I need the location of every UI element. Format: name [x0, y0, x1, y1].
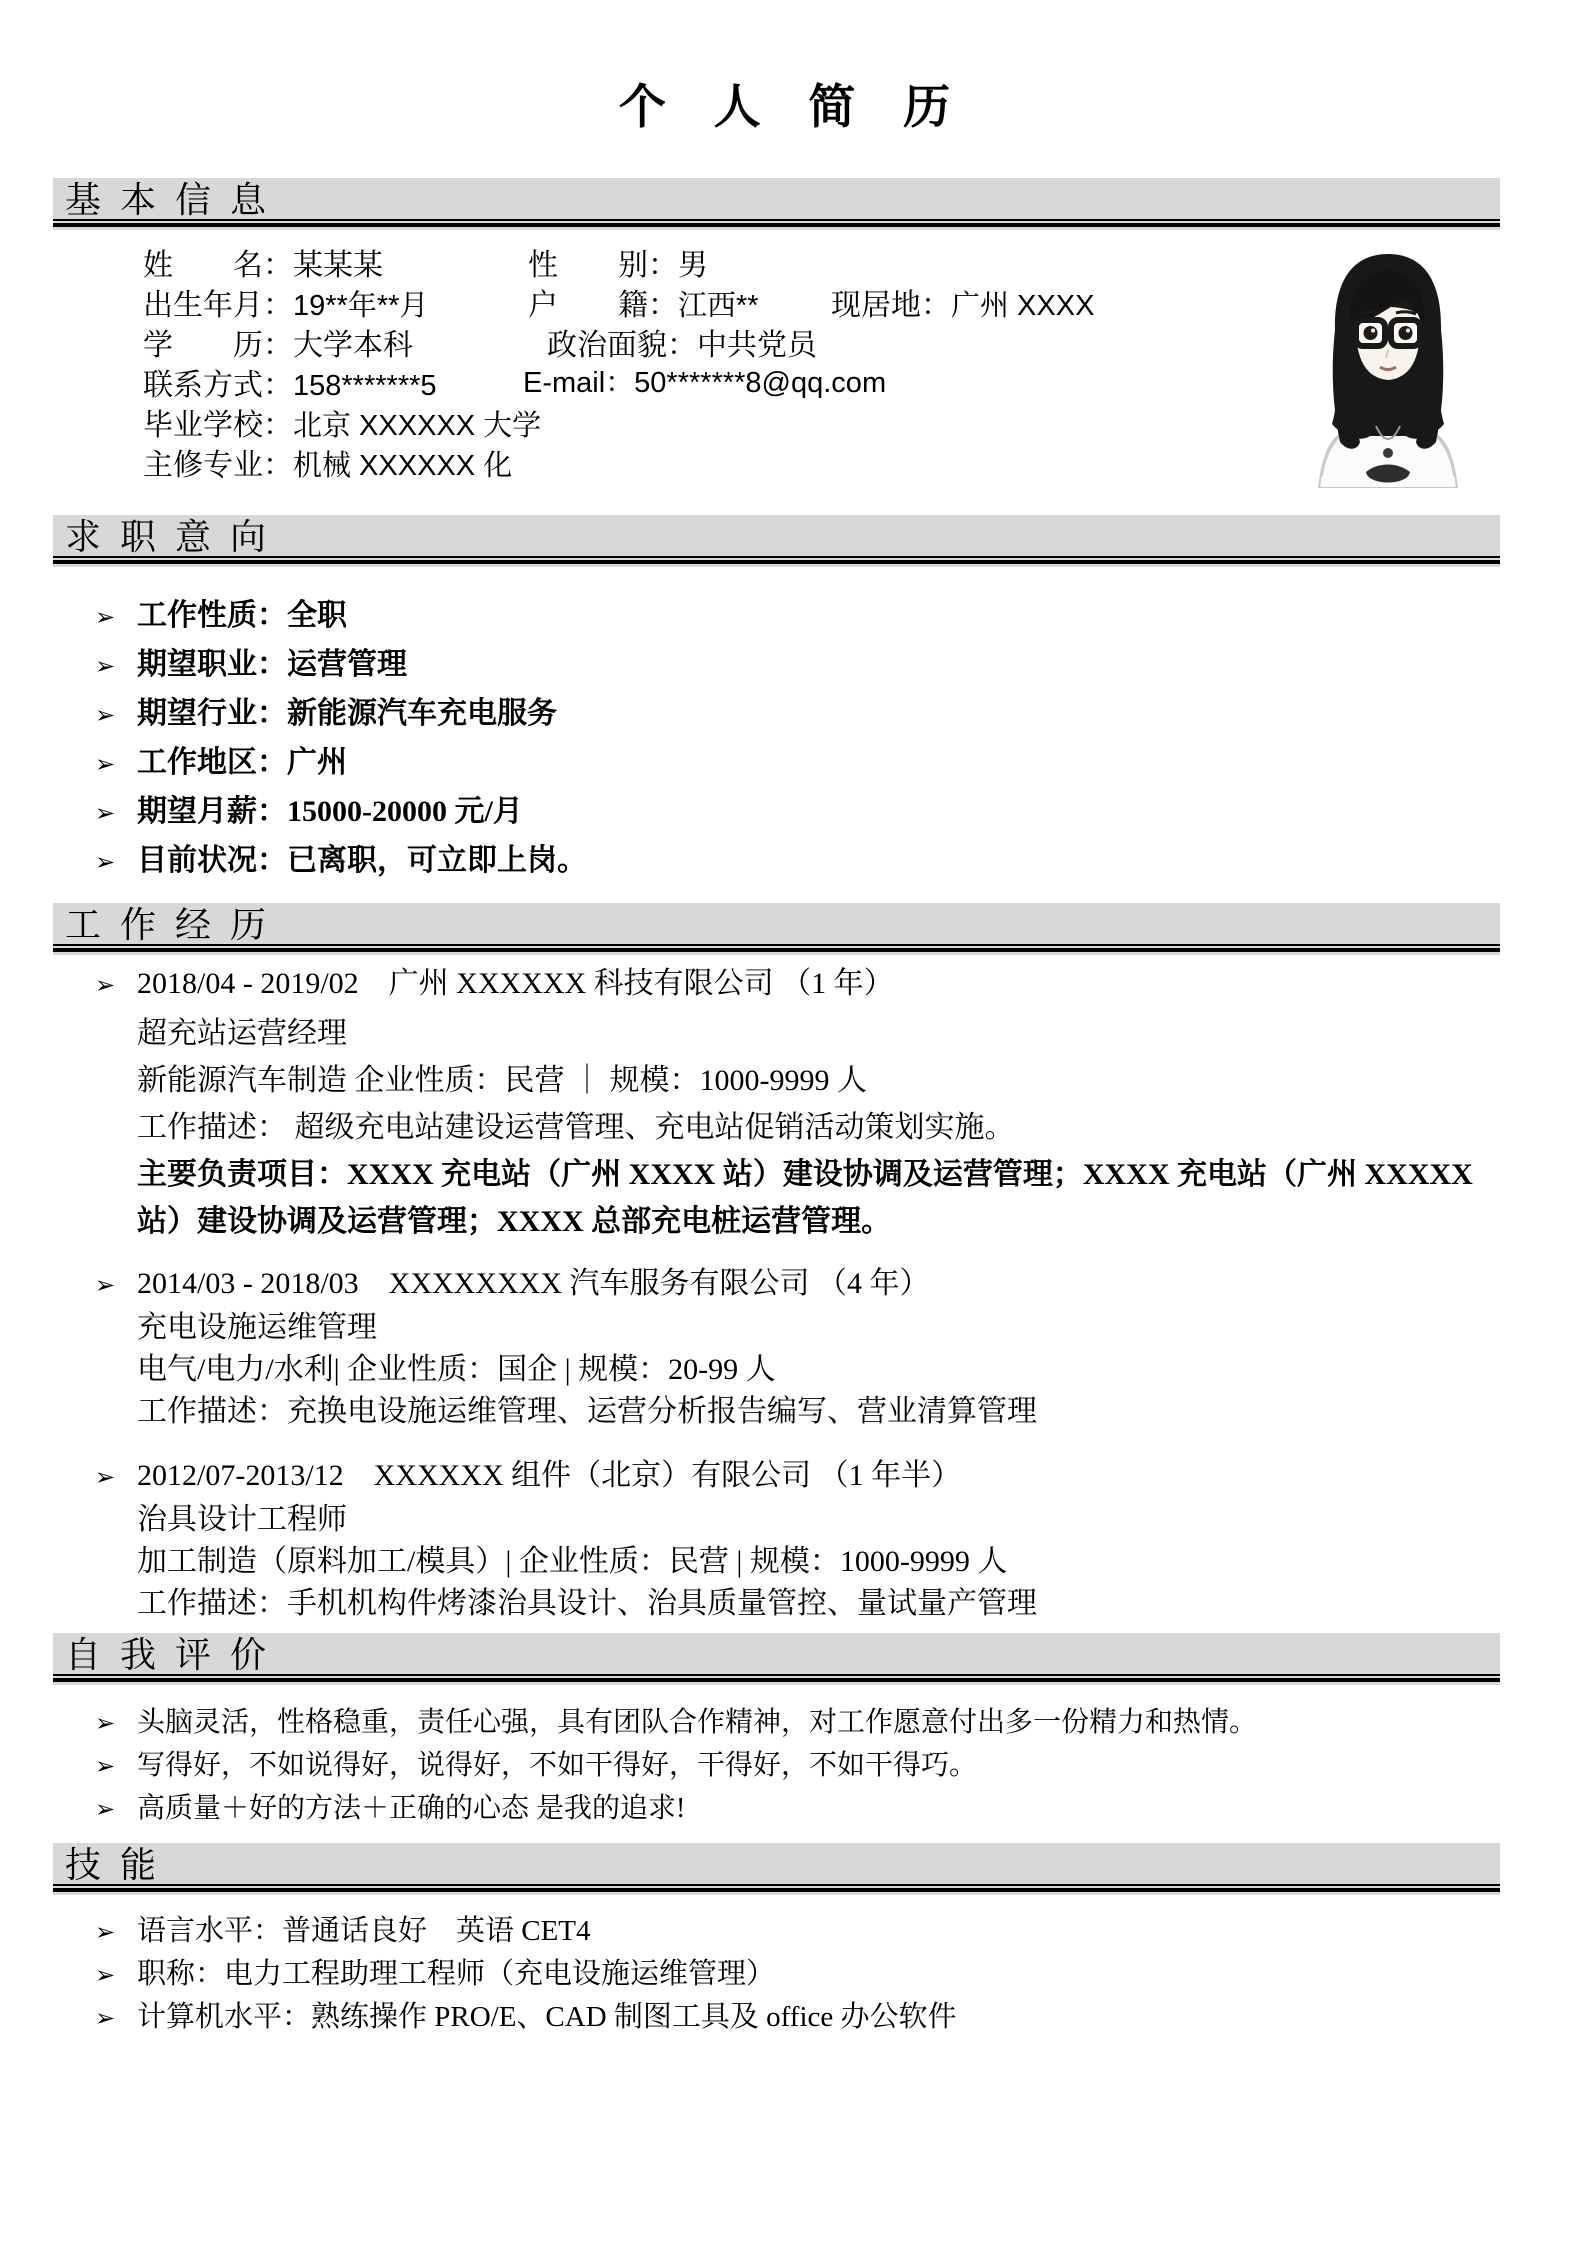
skills-list: ➢语言水平：普通话良好 英语 CET4 ➢职称：电力工程助理工程师（充电设施运维…	[95, 1908, 957, 2037]
list-item: ➢工作地区：广州	[95, 737, 587, 786]
profile-photo	[1310, 246, 1466, 488]
section-title-self-evaluation: 自 我 评 价	[65, 1630, 271, 1682]
arrow-bullet-icon: ➢	[95, 1918, 137, 1947]
arrow-bullet-icon: ➢	[95, 848, 137, 877]
birth-value: 19**年**月	[293, 290, 428, 322]
arrow-bullet-icon: ➢	[95, 603, 137, 632]
list-item: ➢头脑灵活，性格稳重，责任心强，具有团队合作精神，对工作愿意付出多一份精力和热情…	[95, 1700, 1257, 1743]
section-title-skills: 技 能	[65, 1840, 161, 1892]
job-meta: 新能源汽车制造 企业性质：民营 ｜ 规模：1000-9999 人	[95, 1057, 1507, 1104]
school-field: 毕业学校：北京 XXXXXX 大学	[143, 400, 541, 444]
intent-item-text: 工作性质：全职	[137, 599, 347, 632]
job-role: 治具设计工程师	[95, 1499, 1507, 1541]
arrow-bullet-icon: ➢	[95, 963, 137, 1010]
resume-page: 个 人 简 历 基 本 信 息 姓 名：某某某 性 别：男 出生年月：19**年…	[0, 0, 1587, 2245]
arrow-bullet-icon: ➢	[95, 750, 137, 779]
work-experience-list: ➢2018/04 - 2019/02 广州 XXXXXX 科技有限公司 （1 年…	[95, 960, 1507, 1625]
section-bar-job-intent: 求 职 意 向	[53, 515, 1500, 567]
education-label: 学 历：	[143, 329, 293, 362]
gender-label: 性 别：	[528, 249, 678, 282]
list-item: ➢工作性质：全职	[95, 590, 587, 639]
name-value: 某某某	[293, 249, 383, 282]
intent-item-text: 期望行业：新能源汽车充电服务	[137, 697, 557, 730]
section-bar-work-experience: 工 作 经 历	[53, 903, 1500, 955]
job-meta: 加工制造（原料加工/模具）| 企业性质：民营 | 规模：1000-9999 人	[95, 1541, 1507, 1583]
basic-info-row: 学 历：大学本科 政治面貌：中共党员	[143, 320, 188, 360]
list-item: ➢目前状况：已离职，可立即上岗。	[95, 835, 587, 884]
registry-label: 户 籍：	[528, 289, 678, 322]
list-item: ➢期望月薪：15000-20000 元/月	[95, 786, 587, 835]
section-bar-basic-info: 基 本 信 息	[53, 178, 1500, 230]
job-highlight: 主要负责项目：XXXX 充电站（广州 XXXX 站）建设协调及运营管理；XXXX…	[95, 1151, 1507, 1245]
skill-item-text: 职称：电力工程助理工程师（充电设施运维管理）	[137, 1958, 775, 1990]
job-role: 超充站运营经理	[95, 1010, 1507, 1057]
section-title-job-intent: 求 职 意 向	[65, 512, 271, 564]
list-item: ➢写得好，不如说得好，说得好，不如干得好，干得好，不如干得巧。	[95, 1743, 1257, 1786]
job-period-text: 2012/07-2013/12 XXXXXX 组件（北京）有限公司 （1 年半）	[137, 1459, 961, 1492]
job-period-text: 2014/03 - 2018/03 XXXXXXXX 汽车服务有限公司 （4 年…	[137, 1267, 929, 1300]
name-label: 姓 名：	[143, 249, 293, 282]
residence-field: 现居地：广州 XXXX	[831, 280, 1094, 324]
job-description: 工作描述： 超级充电站建设运营管理、充电站促销活动策划实施。	[95, 1104, 1507, 1151]
skill-item-text: 计算机水平：熟练操作 PRO/E、CAD 制图工具及 office 办公软件	[137, 2001, 957, 2033]
major-label: 主修专业：	[143, 449, 293, 482]
job-meta: 电气/电力/水利| 企业性质：国企 | 规模：20-99 人	[95, 1349, 1507, 1391]
birth-field: 出生年月：19**年**月	[143, 280, 428, 324]
section-title-basic-info: 基 本 信 息	[65, 175, 271, 227]
job-period-line: ➢2018/04 - 2019/02 广州 XXXXXX 科技有限公司 （1 年…	[95, 960, 1507, 1010]
birth-label: 出生年月：	[143, 289, 293, 322]
arrow-bullet-icon: ➢	[95, 1795, 137, 1824]
eval-item-text: 写得好，不如说得好，说得好，不如干得好，干得好，不如干得巧。	[137, 1750, 977, 1781]
job-role: 充电设施运维管理	[95, 1307, 1507, 1349]
self-evaluation-list: ➢头脑灵活，性格稳重，责任心强，具有团队合作精神，对工作愿意付出多一份精力和热情…	[95, 1700, 1257, 1829]
email-label: E-mail：	[523, 367, 634, 399]
arrow-bullet-icon: ➢	[95, 1709, 137, 1738]
political-field: 政治面貌：中共党员	[547, 320, 817, 364]
phone-label: 联系方式：	[143, 369, 293, 402]
education-field: 学 历：大学本科	[143, 320, 413, 364]
gender-value: 男	[678, 249, 708, 282]
list-item: ➢期望行业：新能源汽车充电服务	[95, 688, 587, 737]
registry-field: 户 籍：江西**	[528, 280, 759, 324]
arrow-bullet-icon: ➢	[95, 1265, 137, 1307]
intent-item-text: 期望职业：运营管理	[137, 648, 407, 681]
phone-value: 158*******5	[293, 370, 437, 402]
job-description: 工作描述：手机机构件烤漆治具设计、治具质量管控、量试量产管理	[95, 1583, 1507, 1625]
basic-info-row: 联系方式：158*******5 E-mail：50*******8@qq.co…	[143, 360, 188, 400]
list-item: ➢计算机水平：熟练操作 PRO/E、CAD 制图工具及 office 办公软件	[95, 1994, 957, 2037]
list-item: ➢高质量＋好的方法＋正确的心态 是我的追求!	[95, 1786, 1257, 1829]
job-description: 工作描述：充换电设施运维管理、运营分析报告编写、营业清算管理	[95, 1391, 1507, 1433]
job-period-text: 2018/04 - 2019/02 广州 XXXXXX 科技有限公司 （1 年）	[137, 967, 894, 1000]
basic-info-block: 姓 名：某某某 性 别：男 出生年月：19**年**月 户 籍：江西** 现居地…	[143, 240, 188, 480]
job-period-line: ➢2014/03 - 2018/03 XXXXXXXX 汽车服务有限公司 （4 …	[95, 1263, 1507, 1307]
eval-item-text: 头脑灵活，性格稳重，责任心强，具有团队合作精神，对工作愿意付出多一份精力和热情。	[137, 1707, 1257, 1738]
school-label: 毕业学校：	[143, 409, 293, 442]
political-value: 中共党员	[697, 329, 817, 362]
residence-label: 现居地：	[831, 289, 951, 322]
arrow-bullet-icon: ➢	[95, 799, 137, 828]
section-bar-skills: 技 能	[53, 1843, 1500, 1895]
email-value: 50*******8@qq.com	[634, 367, 886, 399]
list-item: ➢职称：电力工程助理工程师（充电设施运维管理）	[95, 1951, 957, 1994]
basic-info-row: 姓 名：某某某 性 别：男	[143, 240, 188, 280]
gender-field: 性 别：男	[528, 240, 708, 284]
major-field: 主修专业：机械 XXXXXX 化	[143, 440, 512, 484]
eval-item-text: 高质量＋好的方法＋正确的心态 是我的追求!	[137, 1793, 685, 1824]
intent-item-text: 期望月薪：15000-20000 元/月	[137, 795, 523, 828]
job-period-line: ➢2012/07-2013/12 XXXXXX 组件（北京）有限公司 （1 年半…	[95, 1455, 1507, 1499]
education-value: 大学本科	[293, 329, 413, 362]
arrow-bullet-icon: ➢	[95, 1457, 137, 1499]
school-value: 北京 XXXXXX 大学	[293, 410, 541, 442]
work-experience-item: ➢2018/04 - 2019/02 广州 XXXXXX 科技有限公司 （1 年…	[95, 960, 1507, 1245]
intent-item-text: 目前状况：已离职，可立即上岗。	[137, 844, 587, 877]
basic-info-row: 毕业学校：北京 XXXXXX 大学	[143, 400, 188, 440]
phone-field: 联系方式：158*******5	[143, 360, 437, 404]
arrow-bullet-icon: ➢	[95, 1961, 137, 1990]
section-title-work-experience: 工 作 经 历	[65, 900, 271, 952]
skill-item-text: 语言水平：普通话良好 英语 CET4	[137, 1915, 591, 1947]
intent-item-text: 工作地区：广州	[137, 746, 347, 779]
political-label: 政治面貌：	[547, 329, 697, 362]
arrow-bullet-icon: ➢	[95, 2004, 137, 2033]
work-experience-item: ➢2012/07-2013/12 XXXXXX 组件（北京）有限公司 （1 年半…	[95, 1455, 1507, 1625]
list-item: ➢语言水平：普通话良好 英语 CET4	[95, 1908, 957, 1951]
list-item: ➢期望职业：运营管理	[95, 639, 587, 688]
name-field: 姓 名：某某某	[143, 240, 383, 284]
work-experience-item: ➢2014/03 - 2018/03 XXXXXXXX 汽车服务有限公司 （4 …	[95, 1263, 1507, 1433]
cartoon-girl-illustration	[1310, 246, 1466, 488]
arrow-bullet-icon: ➢	[95, 652, 137, 681]
basic-info-row: 主修专业：机械 XXXXXX 化	[143, 440, 188, 480]
arrow-bullet-icon: ➢	[95, 701, 137, 730]
major-value: 机械 XXXXXX 化	[293, 450, 512, 482]
section-bar-self-evaluation: 自 我 评 价	[53, 1633, 1500, 1685]
email-field: E-mail：50*******8@qq.com	[523, 360, 886, 401]
arrow-bullet-icon: ➢	[95, 1752, 137, 1781]
residence-value: 广州 XXXX	[951, 290, 1094, 322]
page-title: 个 人 简 历	[0, 70, 1587, 137]
basic-info-row: 出生年月：19**年**月 户 籍：江西** 现居地：广州 XXXX	[143, 280, 188, 320]
job-intent-list: ➢工作性质：全职 ➢期望职业：运营管理 ➢期望行业：新能源汽车充电服务 ➢工作地…	[95, 590, 587, 884]
registry-value: 江西**	[678, 290, 759, 322]
